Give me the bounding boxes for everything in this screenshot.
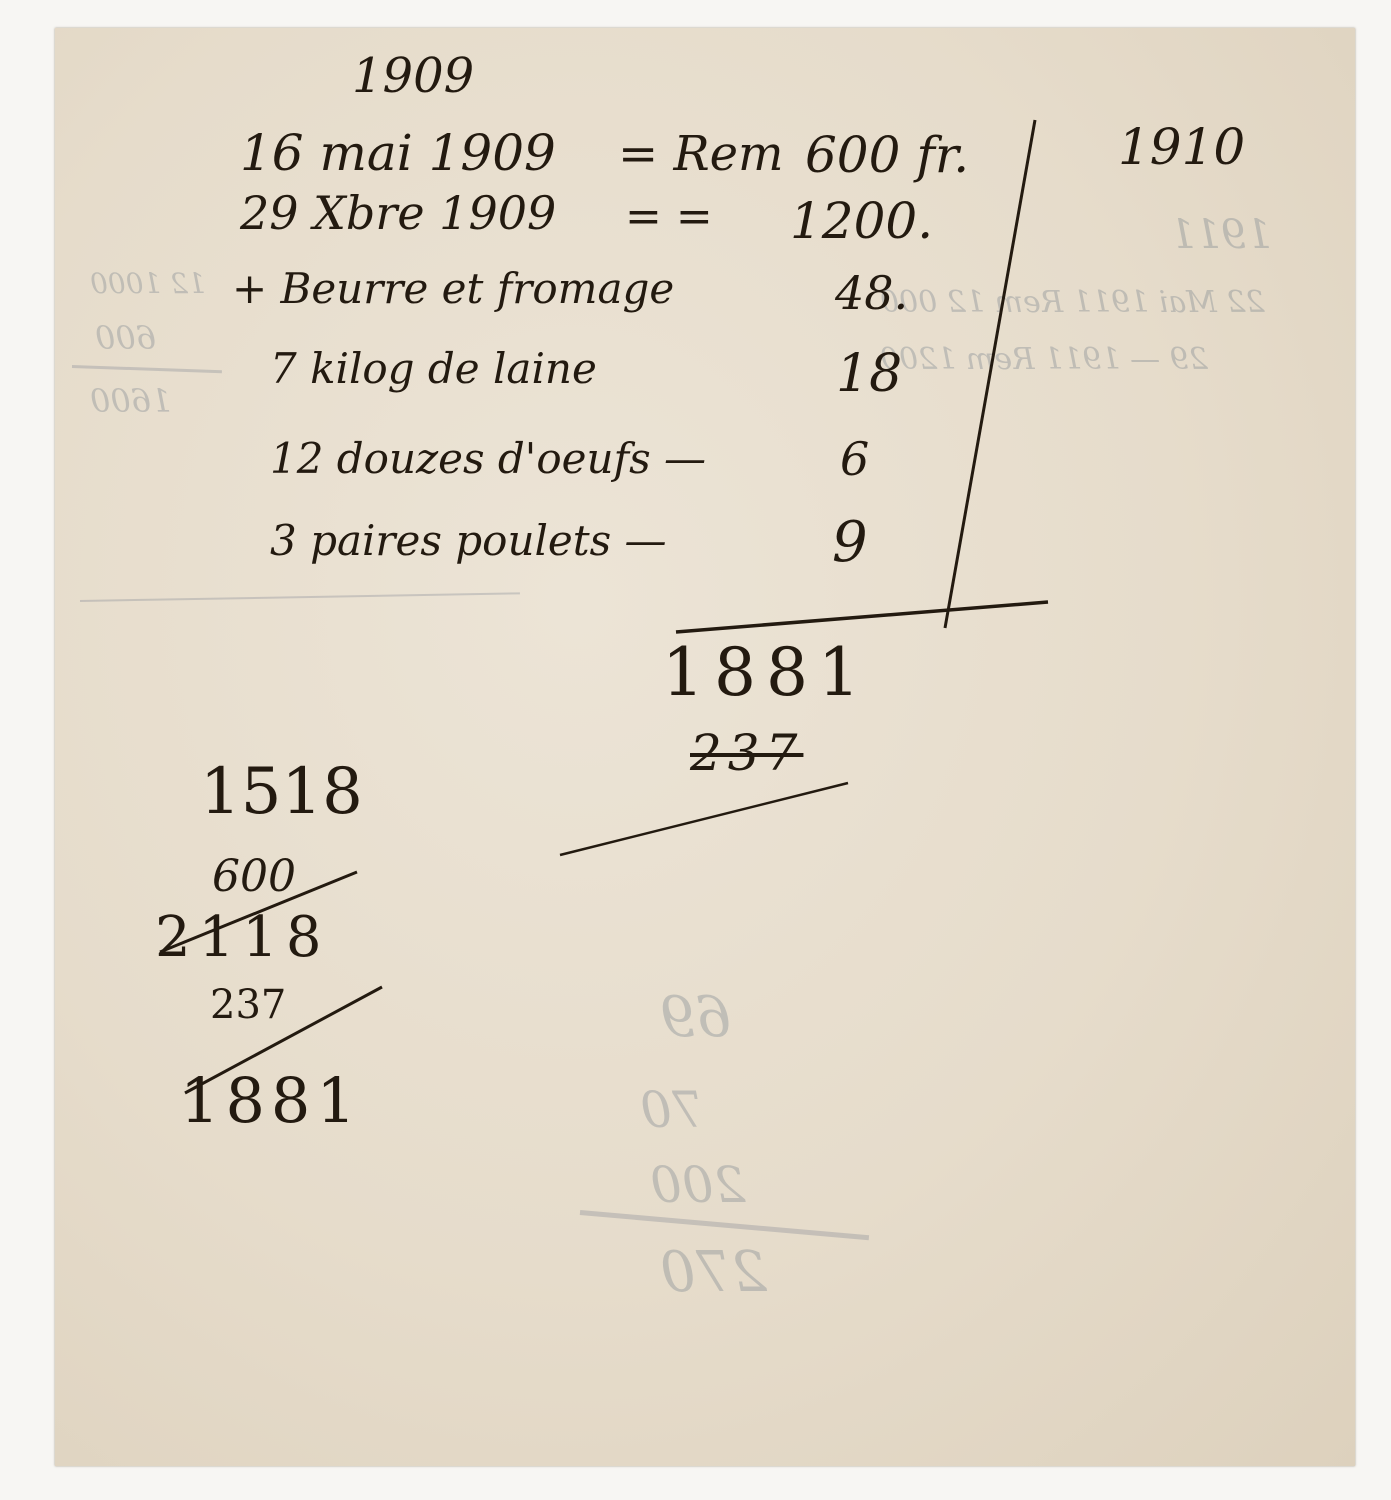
side-calc-line-3: 2118 xyxy=(155,910,330,966)
total: 1881 xyxy=(662,640,870,706)
side-calc-line-4: 237 xyxy=(210,985,286,1025)
side-calc-line-2: 600 xyxy=(212,855,296,899)
deduction-struck: 237 xyxy=(690,728,803,778)
side-calc-result: 1881 xyxy=(180,1070,362,1132)
side-calc-line-1: 1518 xyxy=(200,760,363,824)
